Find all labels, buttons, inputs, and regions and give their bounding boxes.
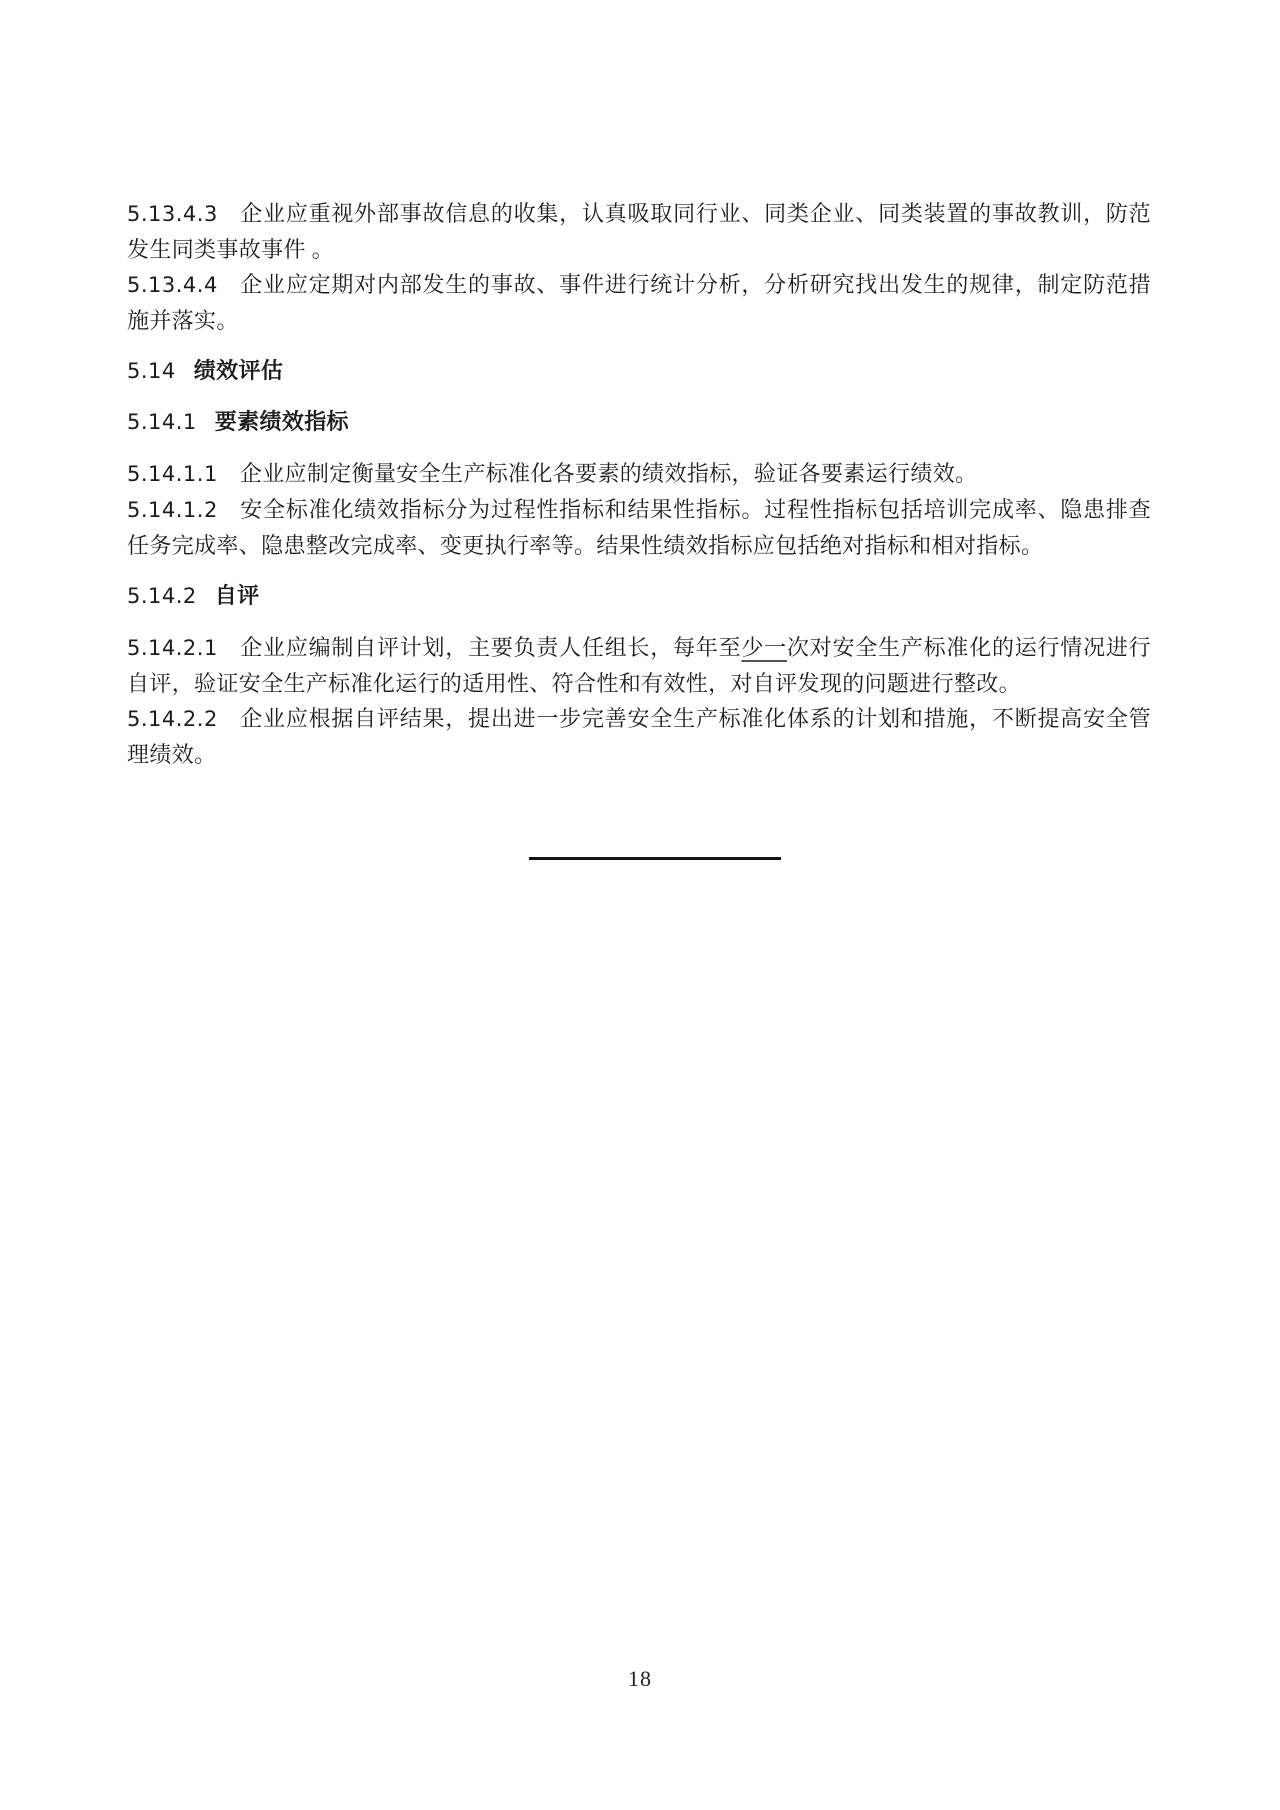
document-body: 5.13.4.3企业应重视外部事故信息的收集，认真吸取同行业、同类企业、同类装置…	[127, 196, 1151, 772]
clause-number: 5.13.4.4	[127, 273, 218, 297]
clause-5-14-2-1: 5.14.2.1企业应编制自评计划，主要负责人任组长，每年至少一次对安全生产标准…	[127, 630, 1151, 701]
clause-text: 企业应制定衡量安全生产标准化各要素的绩效指标，验证各要素运行绩效。	[240, 461, 978, 486]
heading-title: 自评	[215, 584, 260, 609]
heading-title: 绩效评估	[194, 359, 283, 384]
document-page: 5.13.4.3企业应重视外部事故信息的收集，认真吸取同行业、同类企业、同类装置…	[0, 0, 1280, 1810]
clause-text: 企业应重视外部事故信息的收集，认真吸取同行业、同类企业、同类装置的事故教训，防范…	[127, 201, 1151, 262]
clause-text: 企业应定期对内部发生的事故、事件进行统计分析，分析研究找出发生的规律，制定防范措…	[127, 272, 1151, 333]
clause-5-14-1-1: 5.14.1.1企业应制定衡量安全生产标准化各要素的绩效指标，验证各要素运行绩效…	[127, 456, 1151, 492]
clause-number: 5.14.2.1	[127, 636, 218, 660]
clause-number: 5.14.1.1	[127, 462, 218, 486]
clause-text: 安全标准化绩效指标分为过程性指标和结果性指标。过程性指标包括培训完成率、隐患排查…	[127, 497, 1151, 558]
page-number: 18	[0, 1666, 1280, 1692]
clause-5-14-2-2: 5.14.2.2企业应根据自评结果，提出进一步完善安全生产标准化体系的计划和措施…	[127, 701, 1151, 772]
clause-5-13-4-3: 5.13.4.3企业应重视外部事故信息的收集，认真吸取同行业、同类企业、同类装置…	[127, 196, 1151, 267]
clause-number: 5.14.1.2	[127, 498, 218, 522]
heading-5-14-1: 5.14.1要素绩效指标	[127, 405, 1151, 440]
section-divider	[529, 857, 781, 860]
heading-number: 5.14.2	[127, 584, 197, 608]
heading-number: 5.14	[127, 359, 176, 383]
heading-5-14-2: 5.14.2自评	[127, 579, 1151, 614]
clause-5-13-4-4: 5.13.4.4企业应定期对内部发生的事故、事件进行统计分析，分析研究找出发生的…	[127, 267, 1151, 338]
heading-title: 要素绩效指标	[215, 410, 349, 435]
heading-5-14: 5.14绩效评估	[127, 354, 1151, 389]
clause-text: 企业应根据自评结果，提出进一步完善安全生产标准化体系的计划和措施，不断提高安全管…	[127, 706, 1151, 767]
clause-number: 5.13.4.3	[127, 202, 218, 226]
clause-text-segment: 企业应编制自评计划，主要负责人任组长，每年至	[240, 635, 742, 660]
clause-5-14-1-2: 5.14.1.2安全标准化绩效指标分为过程性指标和结果性指标。过程性指标包括培训…	[127, 492, 1151, 563]
underlined-text-segment: 少一	[741, 635, 787, 660]
clause-number: 5.14.2.2	[127, 707, 218, 731]
heading-number: 5.14.1	[127, 410, 197, 434]
